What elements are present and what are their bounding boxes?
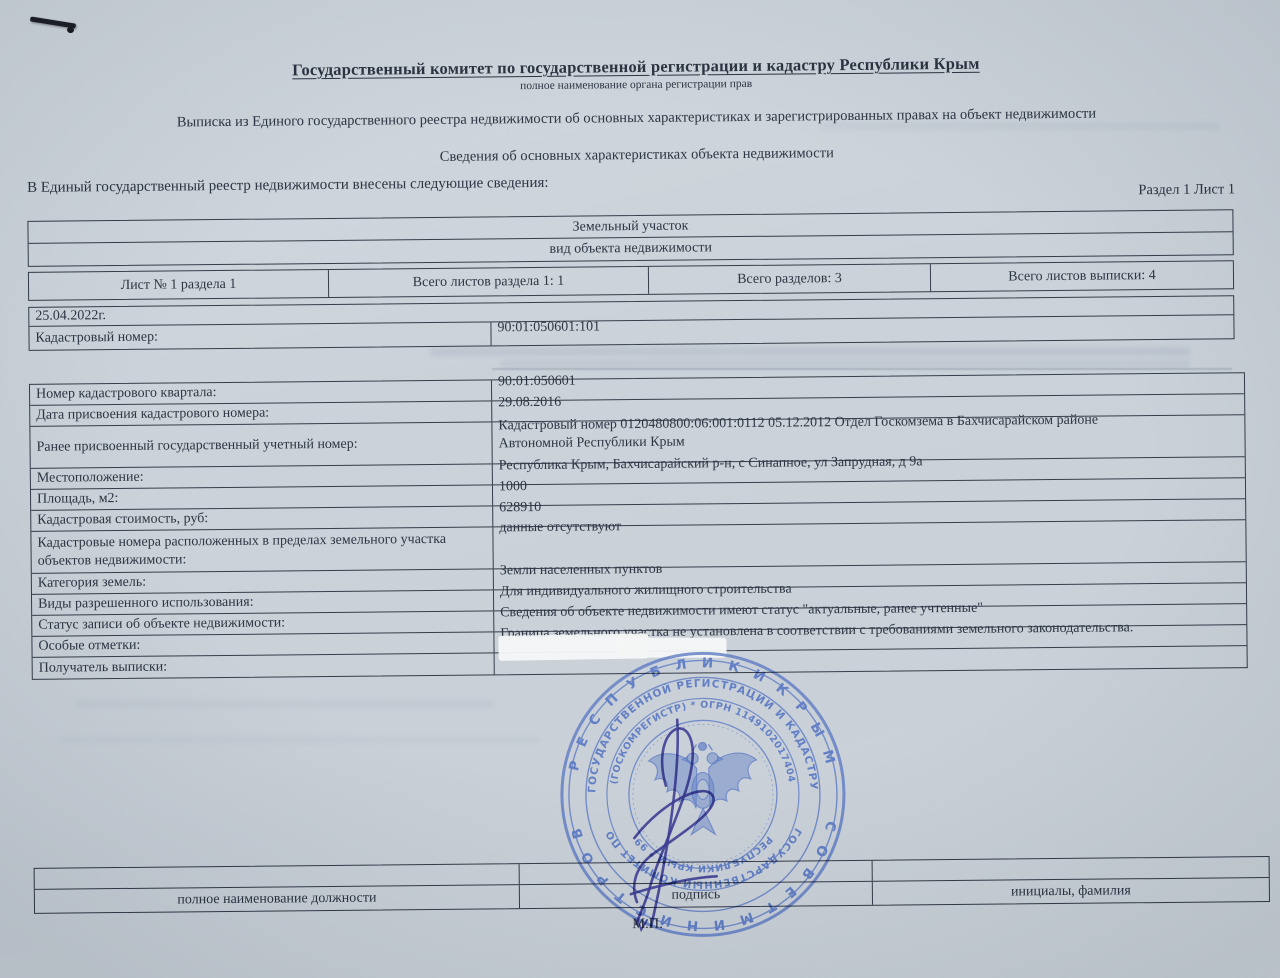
- position-name-label: полное наименование должности: [35, 885, 520, 913]
- sheet-info-cell: Всего листов выписки: 4: [931, 261, 1233, 291]
- detail-label-cell: Кадастровые номера расположенных в преде…: [31, 527, 493, 572]
- initials-surname-label: инициалы, фамилия: [873, 878, 1269, 905]
- sheet-info-cell: Всего листов раздела 1: 1: [329, 267, 649, 297]
- intro-line: В Единый государственный реестр недвижим…: [27, 175, 549, 197]
- signature-blank-cell: [873, 857, 1269, 881]
- doc-subtitle: Сведения об основных характеристиках объ…: [0, 141, 1277, 170]
- sheet-info-table: Лист № 1 раздела 1 Всего листов раздела …: [28, 260, 1234, 301]
- cadastral-label-cell: Кадастровый номер:: [29, 322, 491, 349]
- doc-title: Выписка из Единого государственного реес…: [0, 104, 1276, 133]
- handwritten-signature: [587, 687, 799, 934]
- sheet-info-cell: Лист № 1 раздела 1: [29, 270, 329, 300]
- table-row: Лист № 1 раздела 1 Всего листов раздела …: [29, 261, 1233, 300]
- extract-date: 25.04.2022г.: [29, 308, 112, 326]
- date-cadastral-table: 25.04.2022г. Кадастровый номер: 90:01:05…: [28, 295, 1234, 351]
- object-type-table: Земельный участок вид объекта недвижимос…: [27, 209, 1233, 267]
- detail-value-cell: Кадастровый номер 0120480800:06:001:0112…: [492, 411, 1244, 452]
- section-sheet-label: Раздел 1 Лист 1: [1138, 181, 1235, 199]
- detail-label-cell: Ранее присвоенный государственный учетны…: [30, 422, 492, 467]
- document-photo: Государственный комитет по государственн…: [0, 0, 1280, 978]
- detail-label-cell: Получатель выписки:: [33, 653, 495, 678]
- sheet-info-cell: Всего разделов: 3: [649, 264, 931, 294]
- document-page: Государственный комитет по государственн…: [0, 0, 1280, 978]
- signature-ink-icon: [587, 687, 799, 934]
- detail-value-cell: 90:01:050601: [492, 367, 1244, 391]
